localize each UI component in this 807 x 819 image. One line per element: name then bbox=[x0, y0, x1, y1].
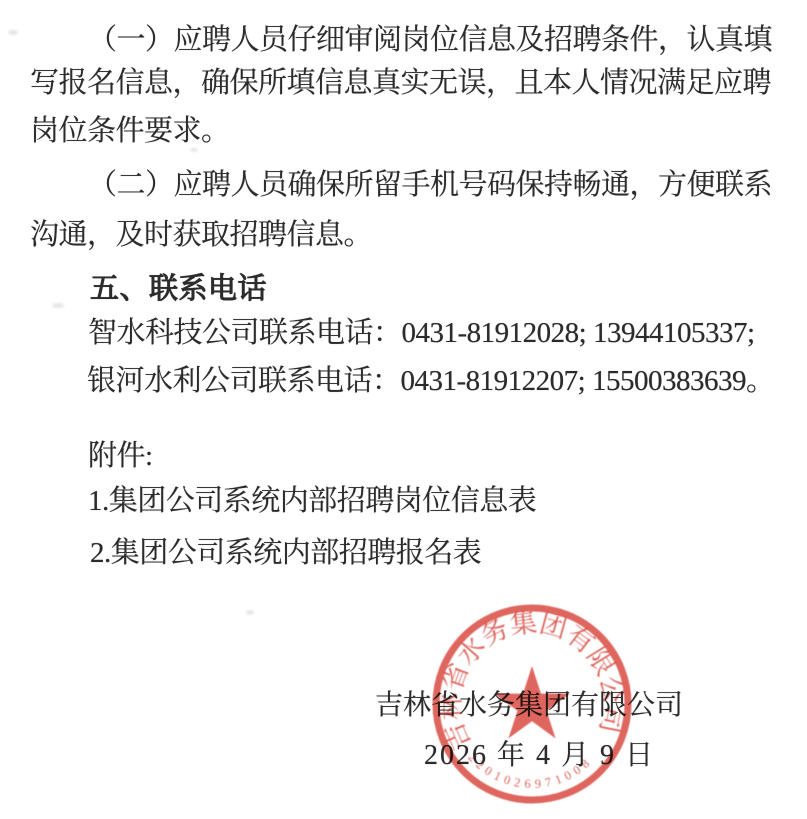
paragraph-1-line-3: 岗位条件要求。 bbox=[30, 114, 230, 148]
document-page: （一）应聘人员仔细审阅岗位信息及招聘条件，认真填 写报名信息，确保所填信息真实无… bbox=[0, 0, 807, 819]
official-seal: 吉林省水务集团有限公司 2201026971008 bbox=[422, 594, 642, 814]
contact-phone-line-1: 智水科技公司联系电话：0431-81912028; 13944105337; bbox=[88, 316, 755, 350]
scan-speck bbox=[246, 610, 254, 615]
scan-speck bbox=[8, 30, 18, 35]
attachment-item-2: 2.集团公司系统内部招聘报名表 bbox=[90, 536, 481, 570]
scan-speck bbox=[52, 303, 64, 308]
scan-speck bbox=[190, 148, 198, 152]
paragraph-2-line-1: （二）应聘人员确保所留手机号码保持畅通，方便联系 bbox=[88, 168, 772, 202]
paragraph-1-line-2: 写报名信息，确保所填信息真实无误，且本人情况满足应聘 bbox=[30, 66, 771, 100]
seal-star-icon bbox=[494, 666, 570, 738]
attachment-item-1: 1.集团公司系统内部招聘岗位信息表 bbox=[88, 484, 536, 518]
section-heading-contact-phone: 五、联系电话 bbox=[90, 272, 267, 306]
contact-phone-line-2: 银河水利公司联系电话：0431-81912207; 15500383639。 bbox=[87, 364, 774, 398]
paragraph-2-line-2: 沟通，及时获取招聘信息。 bbox=[30, 218, 372, 252]
attachments-label: 附件: bbox=[88, 439, 153, 473]
paragraph-1-line-1: （一）应聘人员仔细审阅岗位信息及招聘条件，认真填 bbox=[88, 23, 772, 57]
